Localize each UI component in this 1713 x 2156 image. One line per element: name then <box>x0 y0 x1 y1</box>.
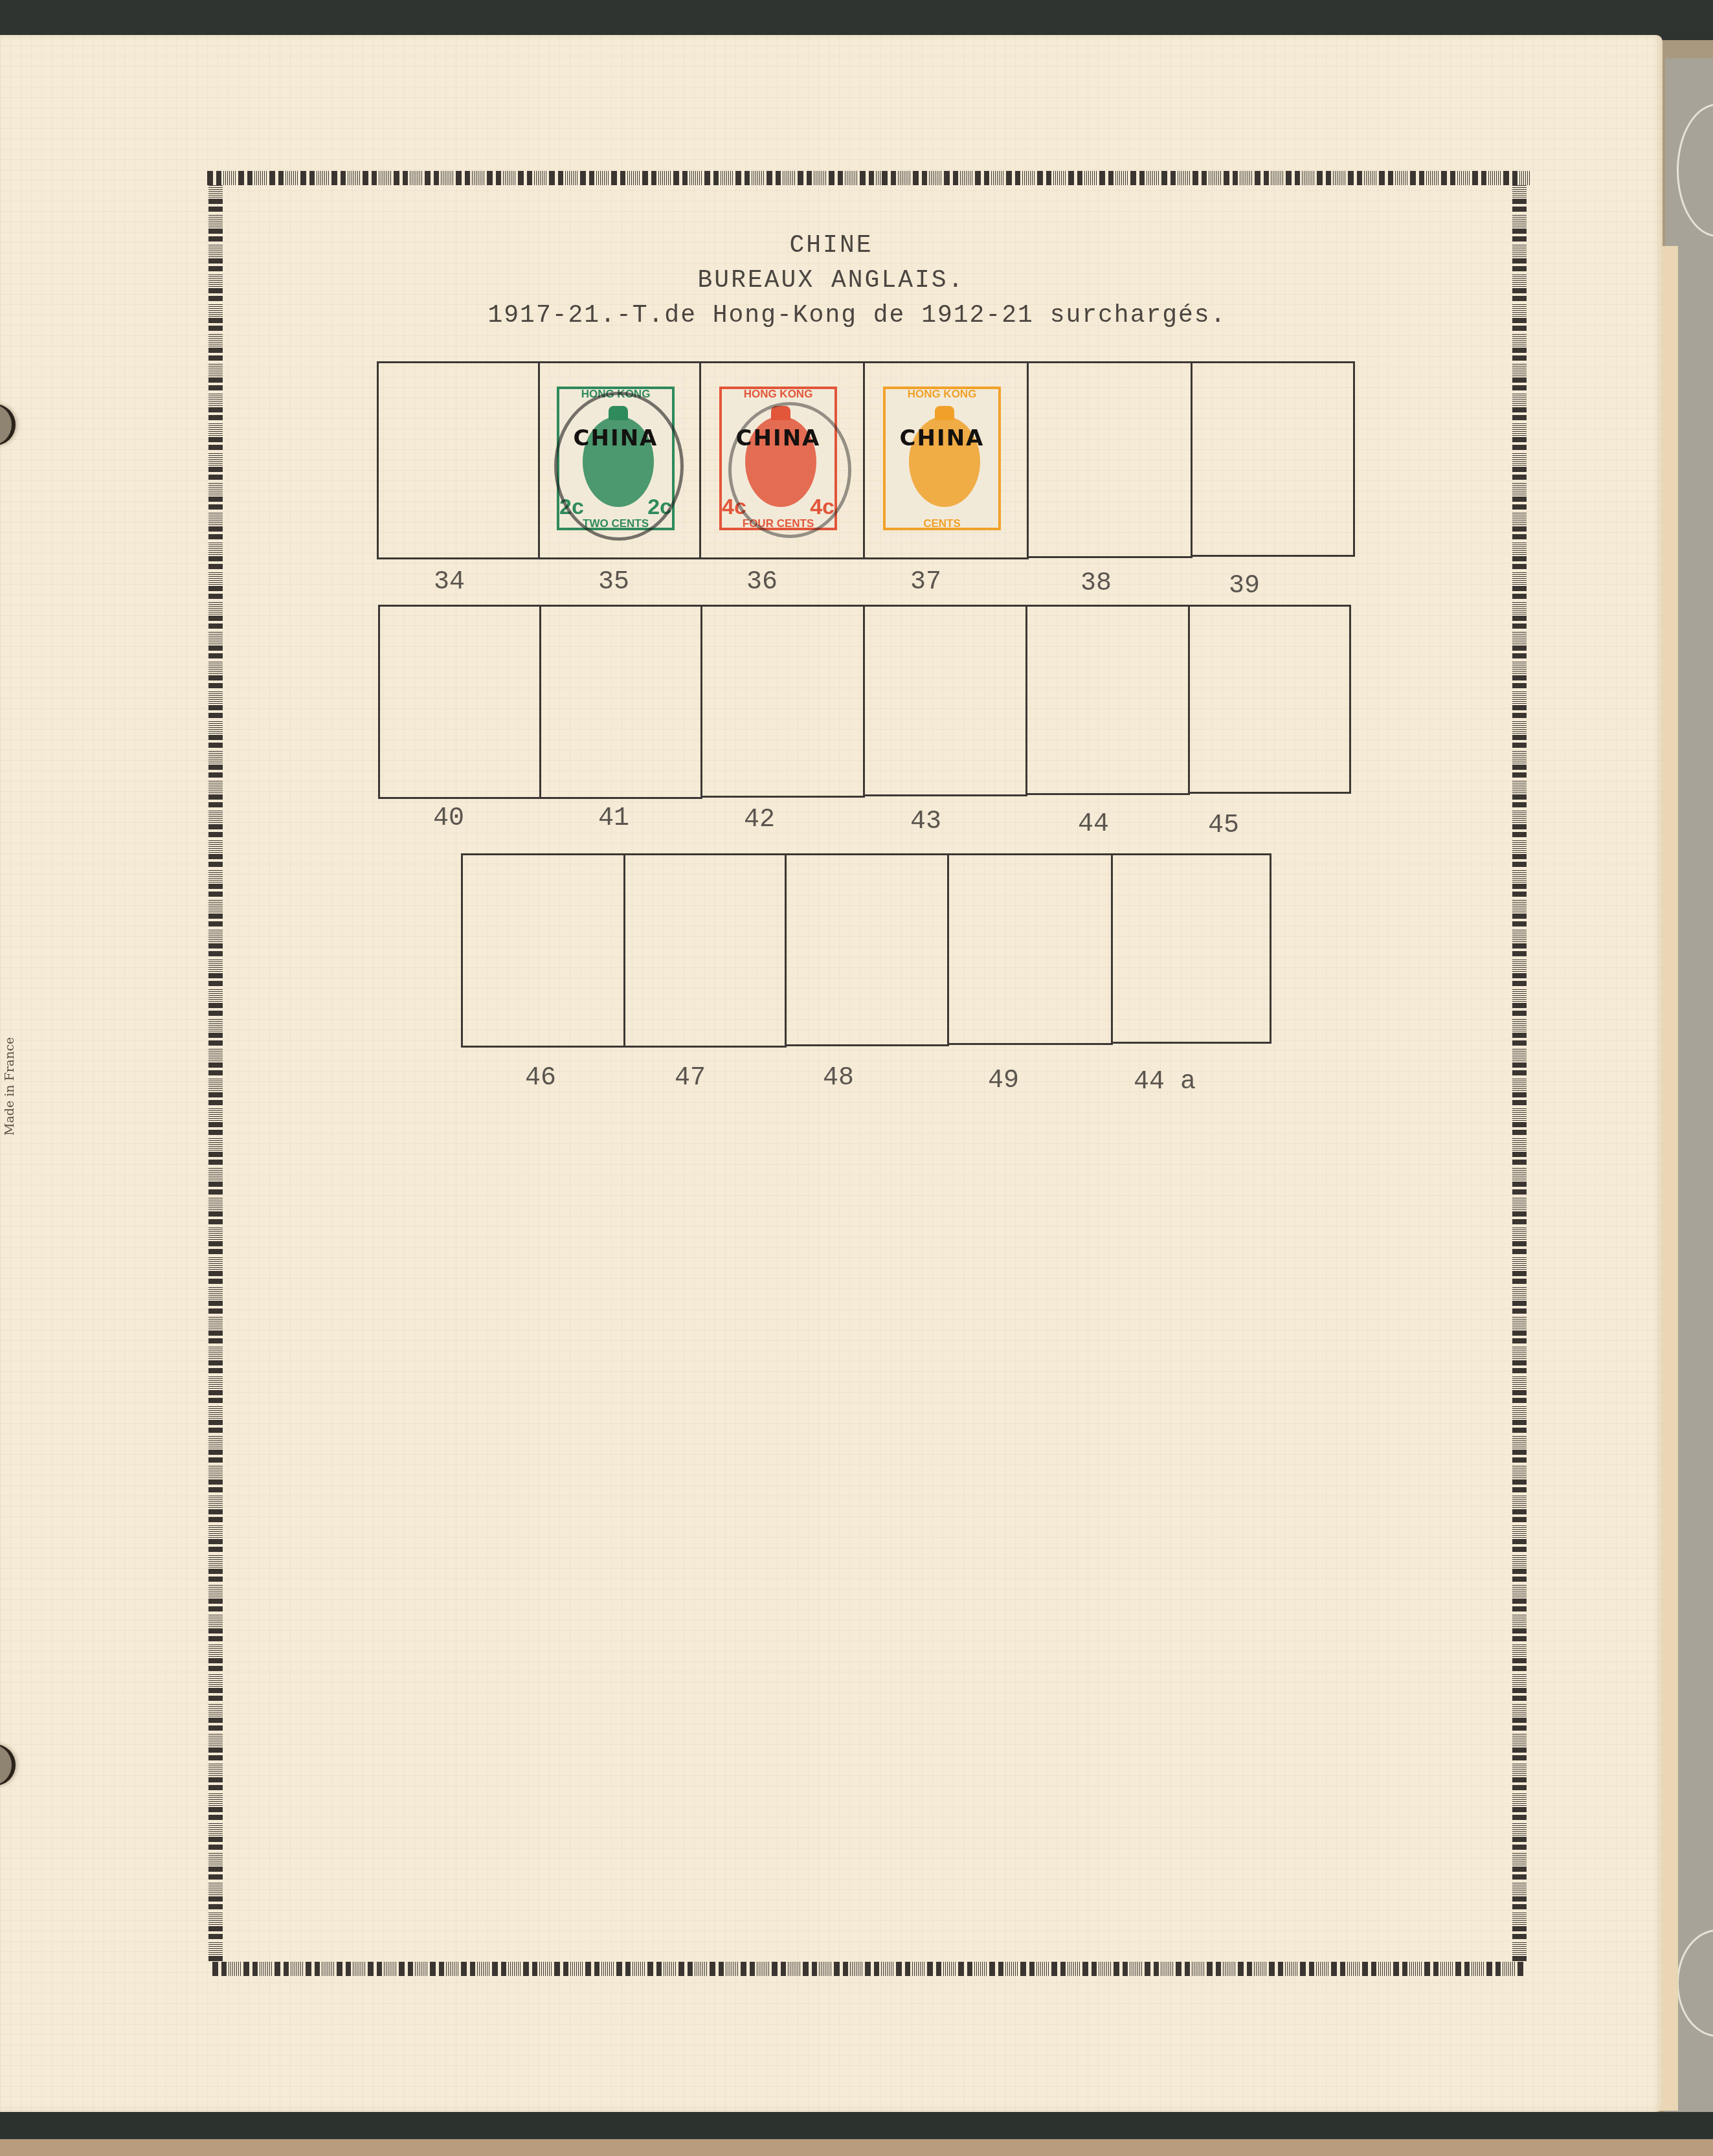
stamp-space-36[interactable]: HONG KONG CHINA 4c 4c FOUR CENTS 36 <box>699 361 865 559</box>
catalogue-number: 46 <box>525 1064 556 1093</box>
catalogue-number: 36 <box>746 568 778 597</box>
stamp-space-45[interactable]: 45 <box>1188 605 1351 794</box>
stamp-space-43[interactable]: 43 <box>863 605 1027 796</box>
catalogue-number: 47 <box>675 1064 706 1093</box>
page-border-top <box>207 171 882 185</box>
page-subtitle: BUREAUX ANGLAIS. <box>0 267 1663 295</box>
postmark-cancel <box>728 402 851 538</box>
stamp-space-47[interactable]: 47 <box>623 853 787 1048</box>
catalogue-number: 44 <box>1078 810 1109 839</box>
catalogue-number: 38 <box>1080 569 1112 598</box>
stamp-hong-kong-yellow[interactable]: HONG KONG CHINA CENTS <box>874 377 1010 539</box>
page-border-right <box>1512 185 1527 1962</box>
stamp-hong-kong-2c-green[interactable]: HONG KONG CHINA 2c 2c TWO CENTS <box>548 377 684 539</box>
stamp-country-label: HONG KONG <box>715 388 841 401</box>
postmark-cancel <box>554 392 684 541</box>
stamp-value-text: CENTS <box>879 517 1005 530</box>
binder-cover-top <box>0 0 1713 40</box>
album-page: Made in France CHINE BUREAUX ANGLAIS. 19… <box>0 35 1663 2112</box>
stamp-row-1: 34 HONG KONG CHINA 2c 2c TWO CENTS 35 HO… <box>379 361 1355 559</box>
stamp-space-34[interactable]: 34 <box>377 361 540 559</box>
catalogue-number: 48 <box>823 1064 854 1093</box>
stamp-country-label: HONG KONG <box>879 388 1005 401</box>
stamp-space-41[interactable]: 41 <box>539 605 702 799</box>
stamp-space-39[interactable]: 39 <box>1191 361 1355 557</box>
stamp-overprint: CHINA <box>879 425 1005 451</box>
album-imprint: Made in France <box>3 1037 17 1136</box>
stamp-space-44[interactable]: 44 <box>1025 605 1190 795</box>
stamp-space-40[interactable]: 40 <box>378 605 541 799</box>
page-issue-description: 1917-21.-T.de Hong-Kong de 1912-21 surch… <box>26 302 1688 330</box>
catalogue-number: 42 <box>744 805 775 835</box>
catalogue-number: 49 <box>988 1066 1019 1095</box>
stamp-row-2: 40 41 42 43 44 45 <box>380 605 1351 799</box>
page-country-title: CHINE <box>0 232 1663 260</box>
catalogue-number: 34 <box>434 568 465 597</box>
catalogue-number: 44 a <box>1134 1068 1196 1097</box>
stamp-hong-kong-4c-red[interactable]: HONG KONG CHINA 4c 4c FOUR CENTS <box>710 377 846 539</box>
catalogue-number: 40 <box>433 804 464 833</box>
stamp-space-46[interactable]: 46 <box>461 853 625 1048</box>
binder-hole <box>0 404 16 445</box>
catalogue-number: 41 <box>598 804 629 833</box>
table-surface <box>0 2139 1713 2156</box>
stamp-space-49[interactable]: 49 <box>947 853 1113 1045</box>
page-border-bottom <box>212 1962 1525 1976</box>
binder-cover-bottom <box>0 2112 1713 2139</box>
stamp-space-37[interactable]: HONG KONG CHINA CENTS 37 <box>863 361 1029 559</box>
stamp-space-42[interactable]: 42 <box>700 605 865 798</box>
catalogue-number: 45 <box>1208 811 1239 840</box>
catalogue-number: 35 <box>598 568 629 597</box>
stamp-space-44a[interactable]: 44 a <box>1111 853 1271 1044</box>
page-border-top <box>882 171 1530 185</box>
catalogue-number: 37 <box>910 568 941 597</box>
catalogue-number: 39 <box>1229 572 1260 601</box>
page-border-left <box>208 185 223 1962</box>
stamp-space-38[interactable]: 38 <box>1027 361 1192 558</box>
stamp-space-35[interactable]: HONG KONG CHINA 2c 2c TWO CENTS 35 <box>538 361 701 559</box>
stamp-row-3: 46 47 48 49 44 a <box>463 853 1271 1048</box>
binder-hole <box>0 1744 16 1786</box>
catalogue-number: 43 <box>910 807 941 837</box>
stamp-space-48[interactable]: 48 <box>785 853 949 1046</box>
